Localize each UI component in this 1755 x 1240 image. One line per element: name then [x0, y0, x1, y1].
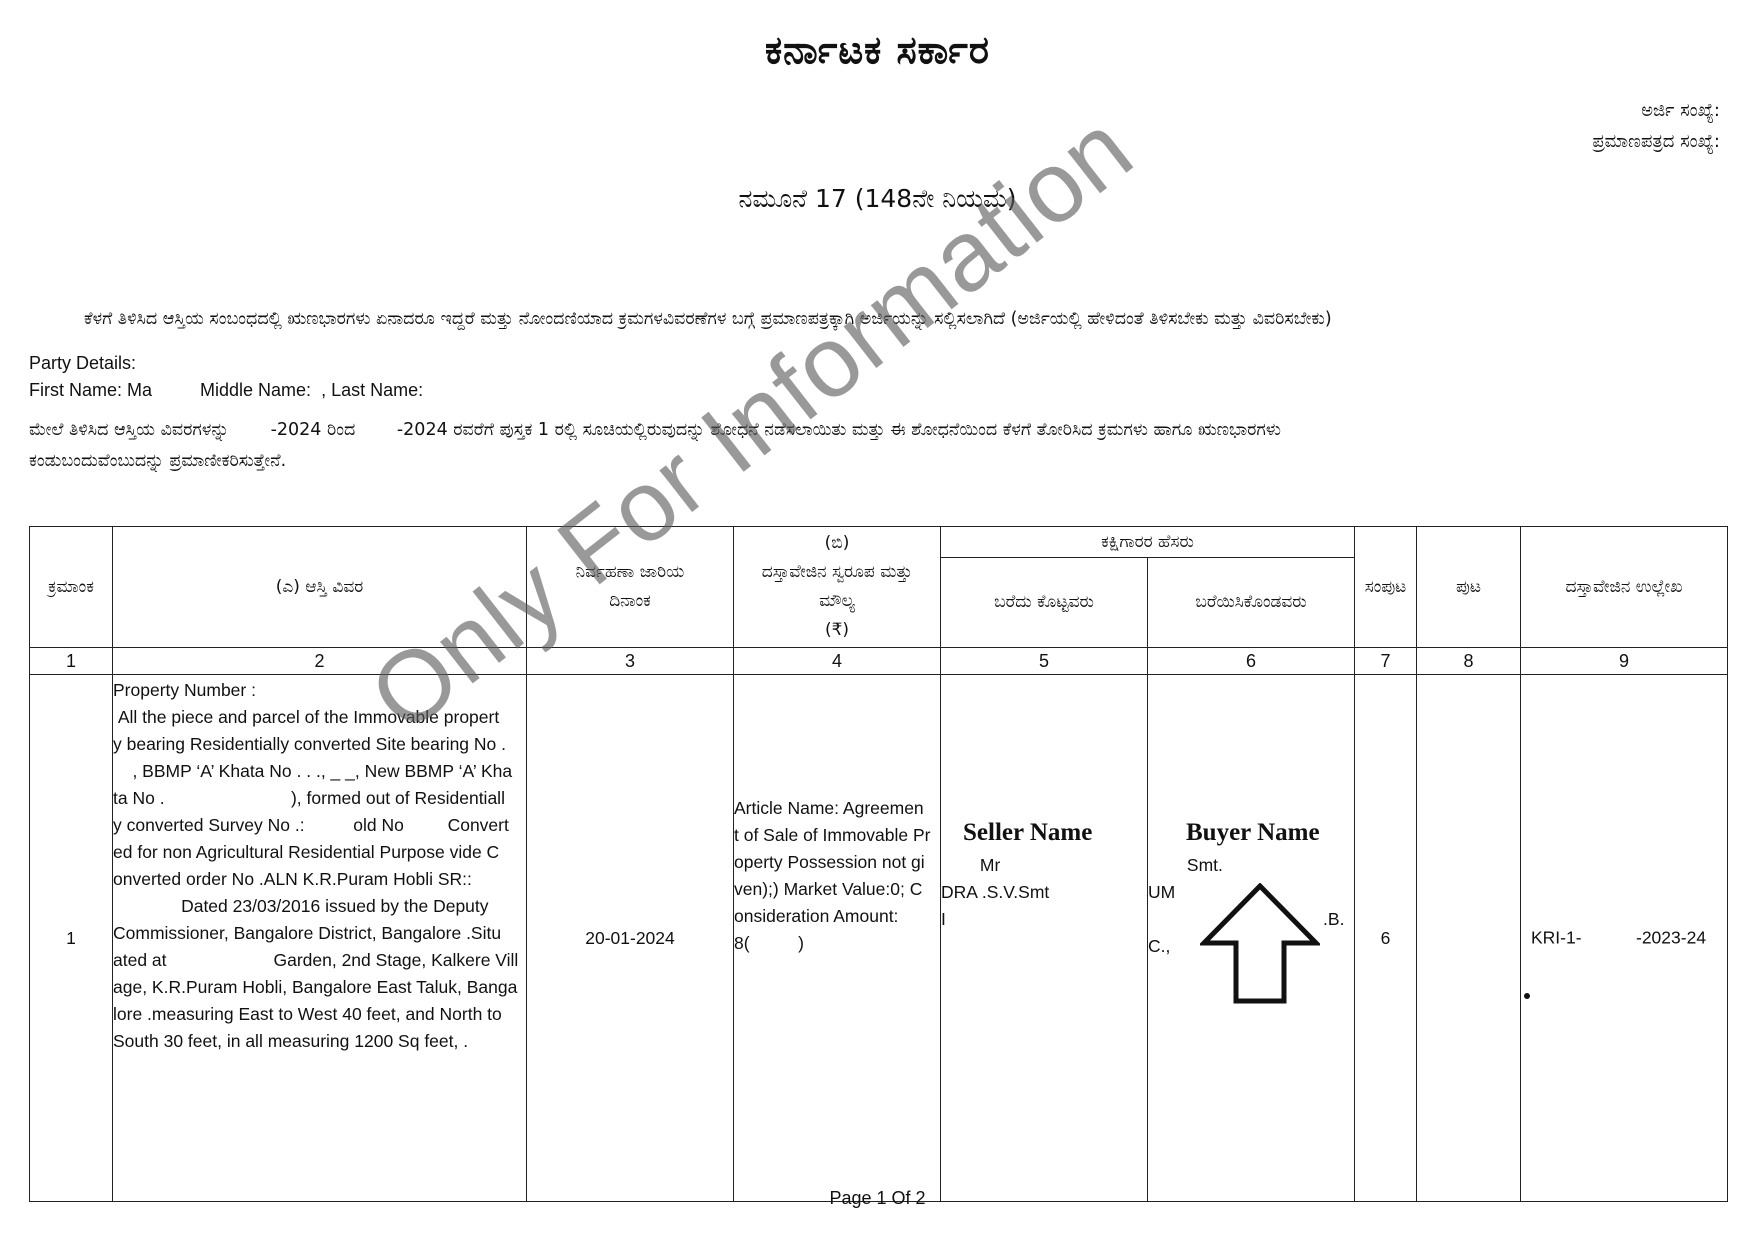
intro-text: ಕೆಳಗೆ ತಿಳಿಸಿದ ಆಸ್ತಿಯ ಸಂಬಂಧದಲ್ಲಿ ಋಣಭಾರಗಳು…: [84, 309, 1332, 329]
volume-cell: 6: [1355, 675, 1417, 1202]
col-num: 6: [1148, 648, 1355, 675]
col-num: 4: [734, 648, 941, 675]
executant-text: Mr DRA .S.V.Smt I: [941, 855, 1049, 929]
col-num: 8: [1417, 648, 1521, 675]
col-num: 9: [1521, 648, 1728, 675]
article-cell: Article Name: Agreemen t of Sale of Immo…: [734, 675, 941, 1202]
header-executant: ಬರೆದು ಕೊಟ್ಟವರು: [941, 558, 1148, 648]
header-execution-date: ನಿರ್ವಹಣಾ ಜಾರಿಯದಿನಾಂಕ: [527, 527, 734, 648]
middle-name: Middle Name:: [200, 380, 311, 400]
serial-cell: 1: [30, 675, 113, 1202]
doc-reference-cell: KRI-1- -2023-24: [1521, 675, 1728, 1202]
column-number-row: 1 2 3 4 5 6 7 8 9: [30, 648, 1728, 675]
col-num: 3: [527, 648, 734, 675]
seller-name-annotation: Seller Name: [963, 819, 1092, 846]
up-arrow-icon: [1200, 883, 1320, 1007]
table-row: 1 Property Number : All the piece and pa…: [30, 675, 1728, 1202]
first-name: First Name: Ma: [29, 380, 152, 400]
cert-part1: ಮೇಲೆ ತಿಳಿಸಿದ ಆಸ್ತಿಯ ವಿವರಗಳನ್ನು: [29, 420, 235, 440]
party-details-label: Party Details:: [29, 353, 136, 374]
header-serial: ಕ್ರಮಾಂಕ: [30, 527, 113, 648]
cert-line2: ಕಂಡುಬಂದುವೆಂಬುದನ್ನು ಪ್ರಮಾಣೀಕರಿಸುತ್ತೇನೆ.: [29, 451, 286, 471]
header-parties-group: ಕಕ್ಷಿಗಾರರ ಹೆಸರು: [941, 527, 1355, 558]
header-doc-reference: ದಸ್ತಾವೇಜಿನ ಉಲ್ಲೇಖ: [1521, 527, 1728, 648]
last-name: , Last Name:: [321, 380, 423, 400]
cert-from-date: -2024 ರಿಂದ: [271, 420, 361, 440]
application-number-label: ಅರ್ಜಿ ಸಂಖ್ಯೆ:: [1641, 100, 1720, 121]
col-num: 2: [113, 648, 527, 675]
col-num: 5: [941, 648, 1148, 675]
header-property: (ಎ) ಆಸ್ತಿ ವಿವರ: [113, 527, 527, 648]
property-description-cell: Property Number : All the piece and parc…: [113, 675, 527, 1202]
doc-ref-suffix: -2023-24: [1636, 928, 1706, 949]
execution-date-cell: 20-01-2024: [527, 675, 734, 1202]
cert-to-date: -2024 ರವರೆಗೆ ಪುಸ್ತಕ 1 ರಲ್ಲಿ ಸೂಚಿಯಲ್ಲಿರುವ…: [397, 420, 1281, 440]
bullet-dot: [1524, 993, 1530, 999]
party-names: First Name: MaMiddle Name: , Last Name:: [29, 380, 423, 401]
page-cell: [1417, 675, 1521, 1202]
document-title: ಕರ್ನಾಟಕ ಸರ್ಕಾರ: [0, 28, 1755, 73]
certificate-number-label: ಪ್ರಮಾಣಪತ್ರದ ಸಂಖ್ಯೆ:: [1592, 131, 1720, 152]
page-indicator: Page 1 Of 2: [0, 1188, 1755, 1209]
encumbrance-table: ಕ್ರಮಾಂಕ (ಎ) ಆಸ್ತಿ ವಿವರ ನಿರ್ವಹಣಾ ಜಾರಿಯದಿನ…: [29, 526, 1728, 1202]
certification-text: ಮೇಲೆ ತಿಳಿಸಿದ ಆಸ್ತಿಯ ವಿವರಗಳನ್ನು -2024 ರಿಂ…: [29, 415, 1679, 477]
doc-ref-prefix: KRI-1-: [1531, 928, 1582, 949]
header-claimant: ಬರೆಯಿಸಿಕೊಂಡವರು: [1148, 558, 1355, 648]
buyer-name-annotation: Buyer Name: [1186, 819, 1320, 846]
claimant-cell: Smt. UM .B. C., Buyer Name: [1148, 675, 1355, 1202]
form-title: ನಮೂನೆ 17 (148ನೇ ನಿಯಮ): [0, 184, 1755, 214]
col-num: 7: [1355, 648, 1417, 675]
header-doc-nature: (ಬಿ)ದಸ್ತಾವೇಜಿನ ಸ್ವರೂಪ ಮತ್ತುಮೌಲ್ಯ(₹): [734, 527, 941, 648]
header-page: ಪುಟ: [1417, 527, 1521, 648]
col-num: 1: [30, 648, 113, 675]
header-volume: ಸಂಪುಟ: [1355, 527, 1417, 648]
executant-cell: Mr DRA .S.V.Smt I Seller Name: [941, 675, 1148, 1202]
